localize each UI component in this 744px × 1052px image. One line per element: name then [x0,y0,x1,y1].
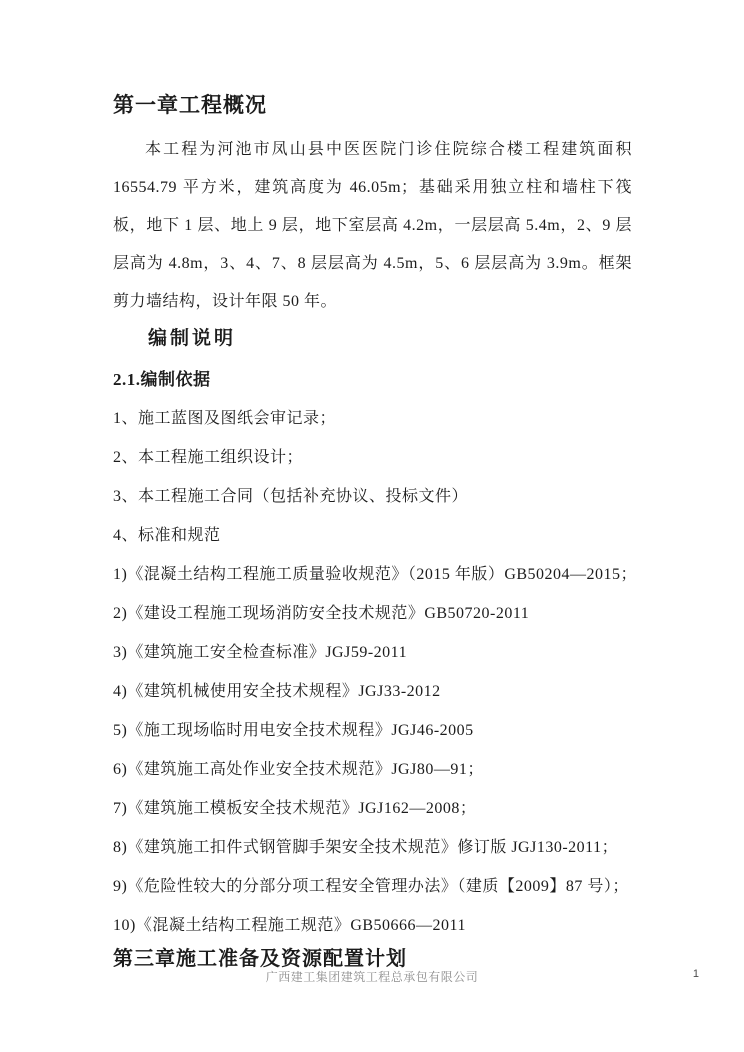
footer-company-name: 广西建工集团建筑工程总承包有限公司 [0,968,744,985]
basis-item-list: 1、施工蓝图及图纸会审记录； 2、本工程施工组织设计； 3、本工程施工合同（包括… [113,399,632,945]
standard-item-3: 3)《建筑施工安全检查标准》JGJ59-2011 [113,633,632,672]
page-number: 1 [693,968,699,980]
notes-heading: 编制说明 [148,326,632,352]
basis-item-3: 3、本工程施工合同（包括补充协议、投标文件） [113,477,632,516]
standard-item-6: 6)《建筑施工高处作业安全技术规范》JGJ80—91； [113,750,632,789]
page-content: 第一章工程概况 本工程为河池市凤山县中医医院门诊住院综合楼工程建筑面积 1655… [113,0,632,973]
standard-item-2: 2)《建设工程施工现场消防安全技术规范》GB50720-2011 [113,594,632,633]
standard-item-1: 1)《混凝土结构工程施工质量验收规范》（2015 年版）GB50204—2015… [113,555,632,594]
project-overview-paragraph: 本工程为河池市凤山县中医医院门诊住院综合楼工程建筑面积 16554.79 平方米… [113,131,632,321]
chapter1-heading: 第一章工程概况 [113,92,632,118]
document-page: 第一章工程概况 本工程为河池市凤山县中医医院门诊住院综合楼工程建筑面积 1655… [0,0,744,1052]
standard-item-7: 7)《建筑施工模板安全技术规范》JGJ162—2008； [113,789,632,828]
standard-item-4: 4)《建筑机械使用安全技术规程》JGJ33-2012 [113,672,632,711]
standard-item-10: 10)《混凝土结构工程施工规范》GB50666—2011 [113,906,632,945]
basis-heading: 2.1.编制依据 [113,368,632,392]
basis-item-1: 1、施工蓝图及图纸会审记录； [113,399,632,438]
standard-item-5: 5)《施工现场临时用电安全技术规程》JGJ46-2005 [113,711,632,750]
standard-item-8: 8)《建筑施工扣件式钢管脚手架安全技术规范》修订版 JGJ130-2011； [113,828,632,867]
basis-item-2: 2、本工程施工组织设计； [113,438,632,477]
standard-item-9: 9)《危险性较大的分部分项工程安全管理办法》（建质【2009】87 号）； [113,867,632,906]
basis-item-4: 4、标准和规范 [113,516,632,555]
